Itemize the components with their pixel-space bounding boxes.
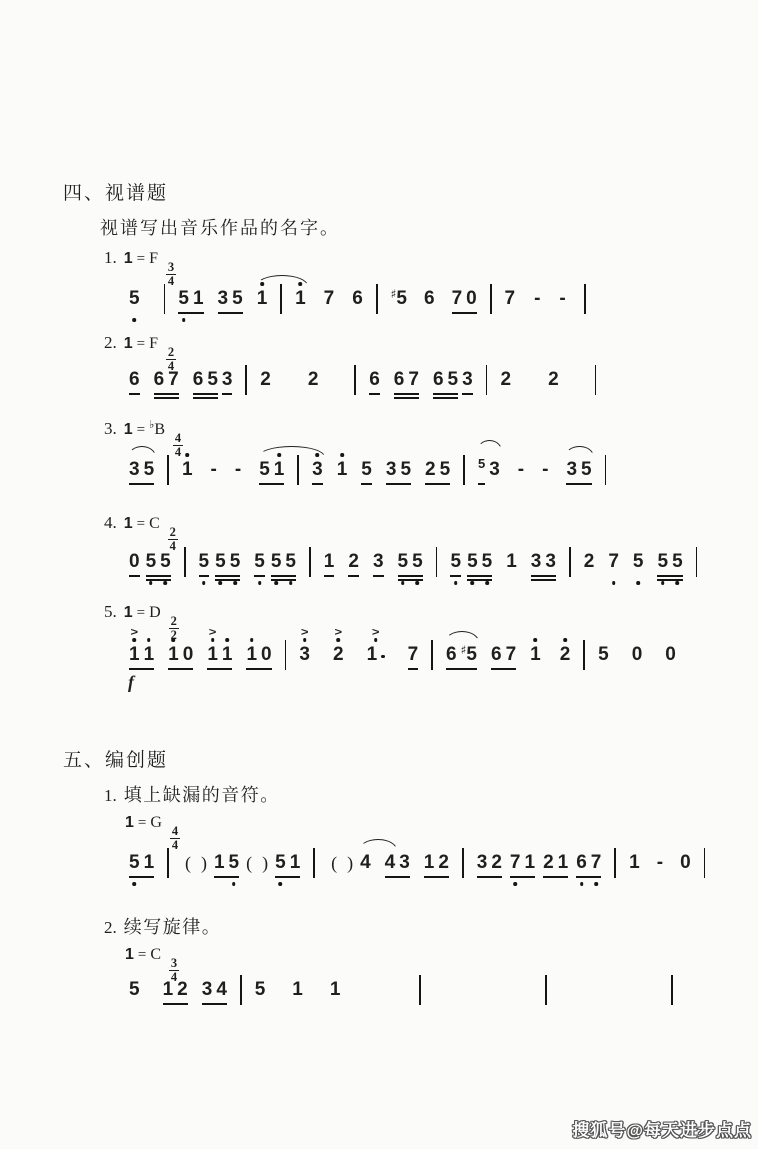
note-5: ♯5 [459, 644, 479, 666]
note-1: 1 [272, 459, 287, 481]
beam-underline [433, 397, 458, 399]
beam-underline [202, 1003, 227, 1005]
beam-underline [146, 579, 171, 581]
note-group: 67 [489, 644, 518, 666]
accent-icon: > [334, 625, 342, 638]
key-signature: 1=G44 [125, 814, 180, 831]
note-1: 1 [166, 644, 181, 666]
beam-underline [531, 579, 556, 581]
note-digit: 1 [182, 459, 193, 480]
note-group: 12 [161, 979, 190, 1001]
bar-line [671, 975, 673, 1005]
note-digit: 1 [246, 644, 257, 665]
note-digit: 3 [373, 551, 384, 572]
beam-underline [129, 483, 154, 485]
beam-underline [446, 668, 477, 670]
low-octave-dot [289, 581, 293, 585]
note-digit: 0 [261, 644, 272, 665]
note-group: 2 [582, 551, 597, 573]
measure-space [553, 979, 665, 980]
note-dash: - [233, 459, 243, 481]
note-group: 5 [359, 459, 374, 481]
note-5: 5 [480, 551, 495, 573]
high-octave-dot [225, 638, 229, 642]
note-1: 1 [322, 551, 337, 573]
note-5: 5 [253, 979, 268, 1001]
note-3: 3 [310, 459, 325, 481]
note-dash: - [557, 288, 567, 310]
bar-line [583, 640, 585, 670]
note-group: 7 [406, 644, 421, 666]
bar-line [605, 455, 607, 485]
note-2: 2 [346, 551, 361, 573]
note-group: 55 [144, 551, 173, 573]
note-group: 43 [383, 852, 412, 874]
beam-underline [373, 575, 384, 577]
note-0: 0 [127, 551, 142, 573]
note-group: 25 [423, 459, 452, 481]
note-5: 5 [197, 551, 212, 573]
low-octave-dot [233, 581, 237, 585]
slur-arc [445, 631, 479, 642]
note-group: 1 [504, 551, 519, 573]
beam-underline [168, 668, 193, 670]
note-1: 1 [290, 979, 305, 1001]
note-dash: - [209, 459, 219, 481]
music-line: 1>1f101>1103>2>1>76♯56712500 [122, 644, 683, 666]
note-group: 51 [127, 852, 156, 874]
item-number: 5. [104, 602, 117, 621]
note-1: 1 [504, 551, 519, 573]
slur-arc [359, 839, 397, 850]
bar-line [285, 640, 287, 670]
note-5: 5 [227, 852, 242, 874]
note-group: 4 [358, 852, 373, 874]
note-digit: 6 [369, 369, 380, 390]
note-digit: 5 [598, 644, 609, 665]
note-group: 67 [392, 369, 421, 391]
note-2: 2 [489, 852, 504, 874]
note-5: 5 [158, 551, 173, 573]
beam-underline [129, 876, 154, 878]
item-label: 1.填上缺漏的音符。 [104, 781, 280, 811]
note-digit: 5 [254, 551, 265, 572]
note-group: 34 [200, 979, 229, 1001]
beam-underline [450, 575, 461, 577]
equals-sign: = [137, 422, 145, 438]
music-line: 51()15()51()44312327121671-0 [122, 852, 711, 874]
note-close-paren: ) [196, 852, 212, 874]
note-digit: 2 [438, 852, 449, 873]
note-digit: 1 [506, 551, 517, 572]
note-group: 51 [257, 459, 286, 481]
bar-line [584, 284, 586, 314]
low-octave-dot [164, 581, 168, 585]
note-digit: 5 [160, 551, 171, 572]
note-1: 1 [191, 288, 206, 310]
note-1: 1 [255, 288, 270, 310]
beam-underline [215, 579, 240, 581]
note-3: 3 [216, 288, 231, 310]
note-group: 2 [346, 551, 361, 573]
note-digit: 7 [608, 551, 619, 572]
note-5: 5 [213, 551, 228, 573]
note-digit: 1 [144, 644, 155, 665]
item-label: 2.续写旋律。 [104, 913, 221, 943]
low-octave-dot [149, 581, 153, 585]
note-group: 55 [213, 551, 242, 573]
music-line: 0555555551235555513327555 [122, 551, 703, 573]
note-digit: 6 [193, 369, 204, 390]
note-1: 1 [328, 979, 343, 1001]
note-group: 33 [529, 551, 558, 573]
note-digit: 6 [129, 369, 140, 390]
note-6: 6 [444, 644, 459, 666]
note-digit: ) [262, 853, 268, 873]
note-digit: 2 [348, 551, 359, 572]
note-group: 21 [541, 852, 570, 874]
bar-line [696, 547, 698, 577]
note-digit: 7 [408, 644, 419, 665]
note-open-paren: ( [326, 852, 342, 874]
note-5: 5 [228, 551, 243, 573]
note-group: - [209, 459, 219, 481]
note-group: 35 [384, 459, 413, 481]
beam-underline [462, 393, 473, 395]
low-octave-dot [232, 882, 236, 886]
high-octave-dot [534, 638, 538, 642]
note-digit: 7 [168, 369, 179, 390]
beam-underline [433, 393, 458, 395]
beam-underline [154, 397, 179, 399]
note-1: 1> [205, 644, 220, 666]
beam-underline [254, 575, 265, 577]
note-group: - [516, 459, 526, 481]
note-5: 5 [465, 551, 480, 573]
note-group: 5 [127, 288, 142, 310]
slur-arc [256, 275, 308, 286]
note-group: 1 [255, 288, 270, 310]
note-digit: 4 [216, 979, 227, 1000]
item-label: 2.1=F24 [104, 333, 176, 363]
note-digit: - [542, 459, 548, 480]
note-digit: 4 [385, 852, 396, 873]
key-row: 1=G44 [125, 814, 180, 851]
note-7: 7 [606, 551, 621, 573]
note-group: 1 [290, 979, 305, 1001]
note-7: 7 [322, 288, 337, 310]
note-digit: 3 [489, 459, 500, 480]
note-5: 5 [205, 369, 220, 391]
beam-underline [163, 1003, 188, 1005]
note-digit: 7 [324, 288, 335, 309]
note-5: 5 [273, 852, 288, 874]
note-digit: 3 [312, 459, 323, 480]
note-digit: 5 [129, 288, 140, 309]
note-3: 3 [460, 369, 475, 391]
low-octave-dot [661, 581, 665, 585]
note-digit: - [559, 288, 565, 309]
note-5: 5 [269, 551, 284, 573]
note-2: 2 [306, 369, 321, 391]
note-digit: 5 [450, 551, 461, 572]
note-group: 1>1f [127, 644, 156, 666]
low-octave-dot [132, 318, 136, 322]
key-signature: 1=C24 [124, 515, 178, 532]
note-0: 0 [678, 852, 693, 874]
note-group: 10 [166, 644, 195, 666]
note-digit: 0 [632, 644, 643, 665]
note-1: 1> [127, 644, 142, 666]
note-7: 7 [589, 852, 604, 874]
note-digit: 5 [230, 551, 241, 572]
key-signature: 1=F24 [124, 335, 176, 352]
note-digit: 5 [581, 459, 592, 480]
item-label: 5.1=D22 [104, 602, 179, 632]
note-6: 6 [431, 369, 446, 391]
note-group: 5 [631, 551, 646, 573]
time-sig-bottom: 4 [168, 276, 174, 287]
note-group: 2 [306, 369, 321, 391]
note-group: - [233, 459, 243, 481]
note-digit: 4 [360, 852, 371, 873]
note-digit: 3 [566, 459, 577, 480]
note-digit: 2 [548, 369, 559, 390]
note-group: 3 [460, 369, 475, 391]
note-digit: 3 [386, 459, 397, 480]
note-digit: 7 [510, 852, 521, 873]
beam-underline [398, 579, 423, 581]
note-6: 6 [127, 369, 142, 391]
note-2: 2 [582, 551, 597, 573]
note-digit: 3 [531, 551, 542, 572]
equals-sign: = [138, 815, 146, 831]
low-octave-dot [513, 882, 517, 886]
note-1: 1 [528, 644, 543, 666]
item-label: 1.1=F34 [104, 248, 176, 278]
time-sig-top: 4 [175, 433, 181, 444]
note-group: 67 [574, 852, 603, 874]
beam-underline [312, 483, 323, 485]
note-5: 5 [446, 369, 461, 391]
note-digit: 5 [229, 852, 240, 873]
note-digit: 1 [257, 288, 268, 309]
key-letter: C [149, 515, 160, 532]
note-3: 3 [397, 852, 412, 874]
note-group: 0 [678, 852, 693, 874]
note-group: 5 [127, 979, 142, 1001]
note-group: () [241, 852, 273, 874]
low-octave-dot [580, 882, 584, 886]
note-group: 7 [606, 551, 621, 573]
time-sig-top: 2 [168, 347, 174, 358]
beam-underline [275, 876, 300, 878]
note-group: 3 [220, 369, 235, 391]
note-group: 1 [328, 979, 343, 1001]
note-3: 3 [529, 551, 544, 573]
note-digit: - [534, 288, 540, 309]
note-digit: 3 [202, 979, 213, 1000]
note-digit: ) [347, 853, 353, 873]
beam-underline [510, 876, 535, 878]
item-text: 续写旋律。 [124, 917, 222, 937]
note-group: 67 [152, 369, 181, 391]
note-5: 5 [579, 459, 594, 481]
note-7: 7 [508, 852, 523, 874]
note-digit: 6 [446, 644, 457, 665]
note-3: 3> [297, 644, 312, 666]
note-digit: 2 [543, 852, 554, 873]
note-5: 5 [596, 644, 611, 666]
bar-line [167, 455, 169, 485]
note-group: 6 [127, 369, 142, 391]
note-2: 2 [558, 644, 573, 666]
note-group: 55 [269, 551, 298, 573]
bar-line [569, 547, 571, 577]
note-6: 6 [191, 369, 206, 391]
note-digit: 5 [146, 551, 157, 572]
key-signature: 1=♭B44 [124, 421, 183, 438]
note-group: 1 [627, 852, 642, 874]
beam-underline [394, 393, 419, 395]
note-digit: 1 [292, 979, 303, 1000]
music-line: 6676532266765322 [122, 369, 602, 391]
tonic-number: 1 [124, 421, 133, 438]
note-group: 71 [508, 852, 537, 874]
note-digit: 2 [308, 369, 319, 390]
note-group: 35 [127, 459, 156, 481]
note-1: 1 [422, 852, 437, 874]
note-digit: 5 [255, 979, 266, 1000]
low-octave-dot [401, 581, 405, 585]
note-close-paren: ) [257, 852, 273, 874]
note-digit: 3 [462, 369, 473, 390]
beam-underline [477, 876, 502, 878]
note-2: 2 [541, 852, 556, 874]
note-1: 1 [293, 288, 308, 310]
note-group: 0 [127, 551, 142, 573]
bar-line [595, 365, 597, 395]
note-group: 5 [596, 644, 611, 666]
key-letter: B [154, 421, 165, 438]
note-digit: 3 [477, 852, 488, 873]
note-digit: 7 [452, 288, 463, 309]
note-group: 1 [322, 551, 337, 573]
note-group: 55 [465, 551, 494, 573]
note-group: 7 [322, 288, 337, 310]
note-digit: ) [201, 853, 207, 873]
note-group: - [655, 852, 665, 874]
note-digit: 6 [433, 369, 444, 390]
time-sig-top: 3 [168, 262, 174, 273]
note-digit: 3 [222, 369, 233, 390]
bar-line [419, 975, 421, 1005]
note-group: - [532, 288, 542, 310]
equals-sign: = [137, 336, 145, 352]
note-group: 32 [475, 852, 504, 874]
note-2: 2 [175, 979, 190, 1001]
note-digit: 1 [274, 459, 285, 480]
measure-space [427, 979, 539, 980]
time-signature: 34 [166, 262, 176, 287]
note-digit: 1 [222, 644, 233, 665]
note-digit: 5 [448, 369, 459, 390]
beam-underline [543, 876, 568, 878]
note-digit: ( [185, 853, 191, 873]
note-1: 1 [244, 644, 259, 666]
low-octave-dot [594, 882, 598, 886]
low-octave-dot [485, 581, 489, 585]
note-group: 3 [487, 459, 502, 481]
note-digit: 3 [545, 551, 556, 572]
tonic-number: 1 [124, 515, 133, 532]
note-digit: 5 [207, 369, 218, 390]
beam-underline [478, 483, 485, 485]
beam-underline [566, 483, 591, 485]
note-5: 5 [670, 551, 685, 573]
note-digit: 1 [193, 288, 204, 309]
note-1: 1 [180, 459, 195, 481]
beam-underline [531, 575, 556, 577]
note-digit: - [657, 852, 663, 873]
note-group: 35 [216, 288, 245, 310]
beam-underline [467, 579, 492, 581]
beam-underline [215, 575, 240, 577]
note-group: 3 [371, 551, 386, 573]
note-digit: 5 [285, 551, 296, 572]
accent-icon: > [209, 625, 217, 638]
note-digit: 6 [491, 644, 502, 665]
note-digit: 2 [425, 459, 436, 480]
note-digit: 5 [232, 288, 243, 309]
note-group: 5 [476, 459, 487, 481]
beam-underline [452, 312, 477, 314]
note-group: 5 [252, 551, 267, 573]
note-group: 5 [448, 551, 463, 573]
note-6: 6 [350, 288, 365, 310]
note-digit: 5 [199, 551, 210, 572]
beam-underline [657, 579, 682, 581]
note-group: 5 [197, 551, 212, 573]
note-7: 7 [406, 369, 421, 391]
time-sig-bottom: 4 [172, 840, 178, 851]
note-5: 5 [398, 459, 413, 481]
note-5: 5 [359, 459, 374, 481]
note-3: 3 [487, 459, 502, 481]
beam-underline [467, 575, 492, 577]
note-group: 6♯5 [444, 644, 479, 666]
key-letter: F [149, 250, 158, 267]
note-5: 5 [230, 288, 245, 310]
note-digit: 1 [207, 644, 218, 665]
music-line: 51234511 [122, 979, 679, 1001]
beam-underline [271, 579, 296, 581]
tonic-number: 1 [124, 250, 133, 267]
beam-underline [214, 876, 239, 878]
sharp-icon: ♯ [461, 643, 467, 657]
note-digit: 5 [398, 551, 409, 572]
note-group: 1 [335, 459, 350, 481]
note-5: 5 [176, 288, 191, 310]
bar-line [431, 640, 433, 670]
note-digit: 1 [290, 852, 301, 873]
key-signature: 1=C34 [125, 946, 179, 963]
note-1: 1 [522, 852, 537, 874]
note-6: 6 [574, 852, 589, 874]
tonic-number: 1 [125, 946, 134, 963]
equals-sign: = [137, 605, 145, 621]
beam-underline [424, 876, 449, 878]
